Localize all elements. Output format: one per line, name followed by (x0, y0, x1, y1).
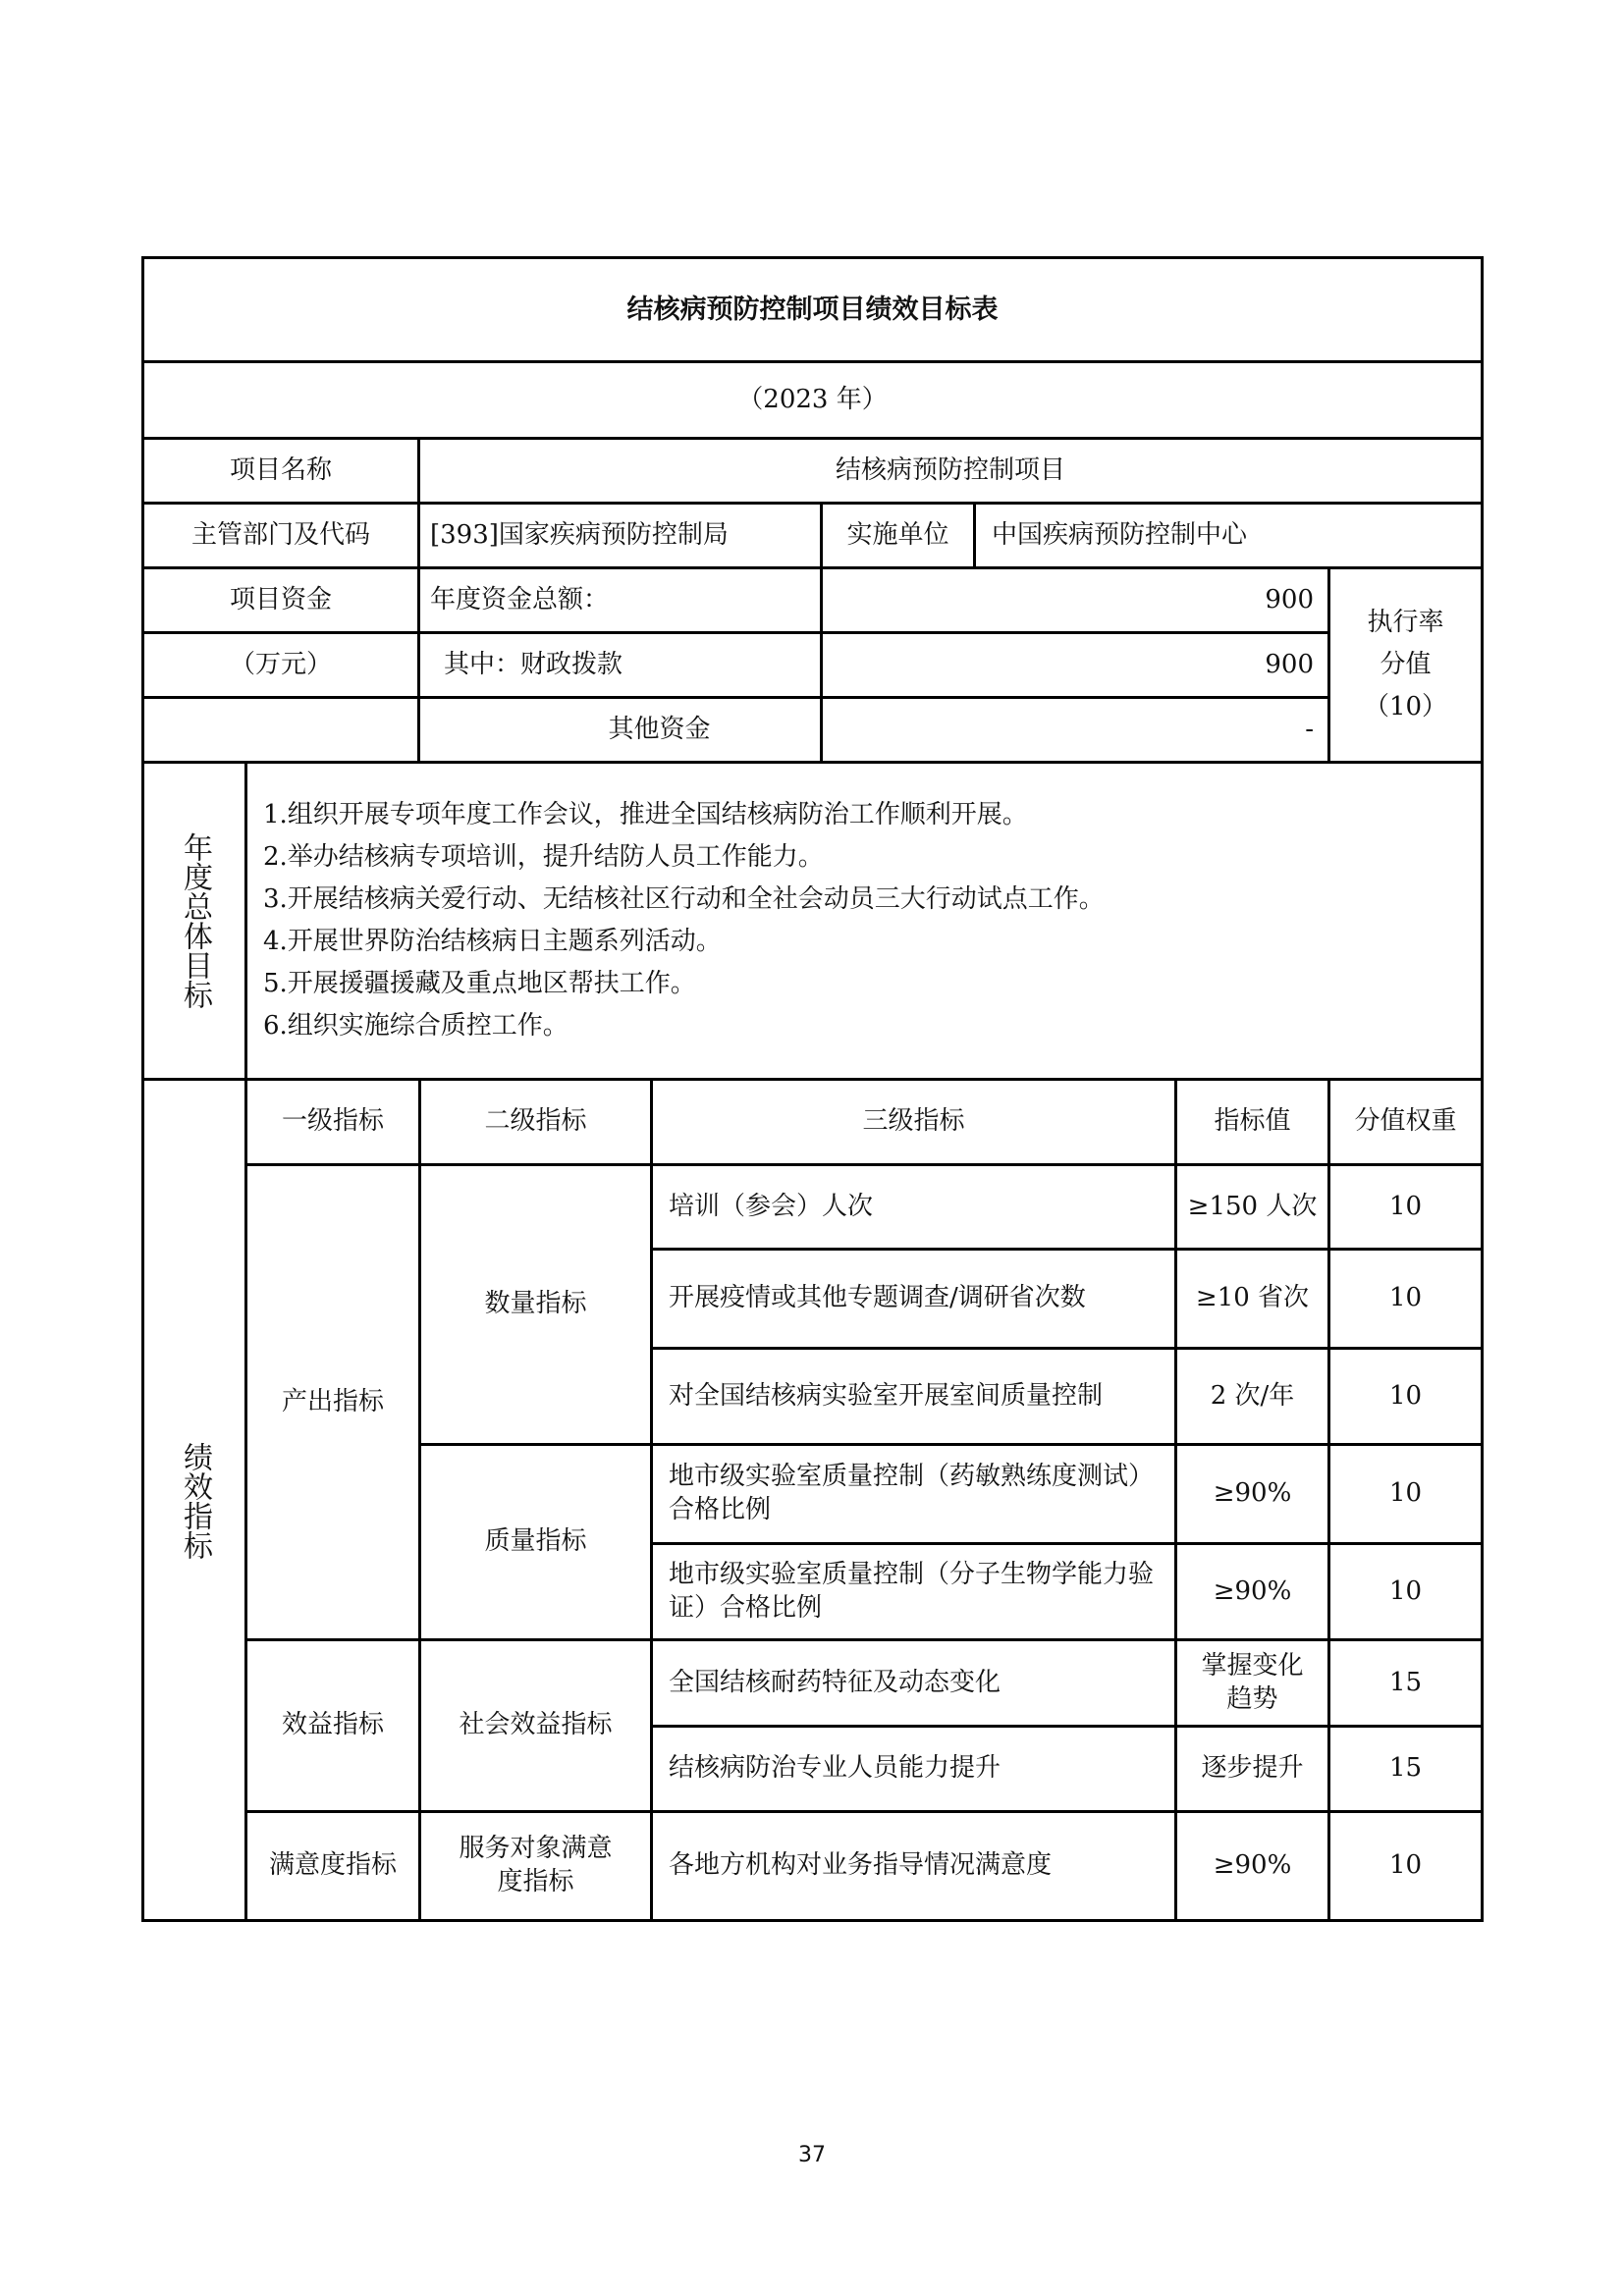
goals-label: 年度总体目标 (144, 764, 244, 1078)
indicator-weight: 10 (1330, 1545, 1481, 1638)
indicator-value: 2 次/年 (1177, 1350, 1327, 1443)
goal-item: 4.开展世界防治结核病日主题系列活动。 (263, 921, 722, 963)
level1-benefit: 效益指标 (247, 1641, 418, 1810)
page-number: 37 (0, 2143, 1624, 2167)
indicator-weight: 15 (1330, 1728, 1481, 1810)
impl-value: 中国疾病预防控制中心 (976, 505, 1481, 566)
header-level2: 二级指标 (421, 1081, 650, 1163)
indicator-value: ≥90% (1177, 1545, 1327, 1638)
annual-total-value: 900 (823, 569, 1327, 631)
header-weight: 分值权重 (1330, 1081, 1481, 1163)
level2-social-benefit: 社会效益指标 (421, 1641, 650, 1810)
indicator-value: ≥150 人次 (1177, 1166, 1327, 1248)
level1-satisfaction: 满意度指标 (247, 1813, 418, 1919)
indicator-weight: 15 (1330, 1641, 1481, 1725)
indicator-value: 逐步提升 (1177, 1728, 1327, 1810)
level1-output: 产出指标 (247, 1166, 418, 1638)
goal-item: 2.举办结核病专项培训，提升结防人员工作能力。 (263, 836, 824, 879)
funds-label: 项目资金 (144, 569, 417, 631)
level3-name: 各地方机构对业务指导情况满意度 (653, 1813, 1174, 1919)
indicator-weight: 10 (1330, 1813, 1481, 1919)
level3-name: 结核病防治专业人员能力提升 (653, 1728, 1174, 1810)
other-funds-label: 其他资金 (420, 699, 820, 761)
header-level1: 一级指标 (247, 1081, 418, 1163)
goal-item: 5.开展援疆援藏及重点地区帮扶工作。 (263, 963, 696, 1005)
year-label: （2023 年） (144, 363, 1481, 437)
dept-value: [393]国家疾病预防控制局 (420, 505, 820, 566)
page-title: 结核病预防控制项目绩效目标表 (144, 259, 1481, 360)
exec-rate-line-3: （10） (1364, 686, 1447, 728)
level3-name: 全国结核耐药特征及动态变化 (653, 1641, 1174, 1725)
level3-name: 开展疫情或其他专题调查/调研省次数 (653, 1251, 1174, 1347)
indicator-value: ≥90% (1177, 1813, 1327, 1919)
indicator-weight: 10 (1330, 1251, 1481, 1347)
indicator-value: ≥90% (1177, 1446, 1327, 1542)
level3-name: 培训（参会）人次 (653, 1166, 1174, 1248)
goals-list: 1.组织开展专项年度工作会议，推进全国结核病防治工作顺利开展。 2.举办结核病专… (247, 764, 1481, 1078)
table-border-right (1481, 256, 1484, 1922)
level2-service-satisfaction: 服务对象满意度指标 (421, 1813, 650, 1919)
annual-total-label: 年度资金总额： (420, 569, 820, 631)
exec-rate-line-1: 执行率 (1367, 602, 1443, 644)
header-level3: 三级指标 (653, 1081, 1174, 1163)
dept-label: 主管部门及代码 (144, 505, 417, 566)
indicator-value: ≥10 省次 (1177, 1251, 1327, 1347)
indicator-value: 掌握变化趋势 (1177, 1641, 1327, 1725)
level3-name: 地市级实验室质量控制（分子生物学能力验证）合格比例 (653, 1545, 1174, 1638)
goal-item: 6.组织实施综合质控工作。 (263, 1005, 568, 1047)
indicator-weight: 10 (1330, 1350, 1481, 1443)
header-value: 指标值 (1177, 1081, 1327, 1163)
project-name-label: 项目名称 (144, 440, 417, 502)
impl-label: 实施单位 (823, 505, 973, 566)
exec-rate-line-2: 分值 (1380, 644, 1431, 686)
goal-item: 3.开展结核病关爱行动、无结核社区行动和全社会动员三大行动试点工作。 (263, 879, 1105, 921)
level3-name: 对全国结核病实验室开展室间质量控制 (653, 1350, 1174, 1443)
goal-item: 1.组织开展专项年度工作会议，推进全国结核病防治工作顺利开展。 (263, 794, 1028, 836)
funds-unit: （万元） (144, 634, 417, 696)
fiscal-label: 其中：财政拨款 (420, 634, 820, 696)
level2-quality: 质量指标 (421, 1446, 650, 1638)
exec-rate-score: 执行率 分值 （10） (1330, 569, 1481, 761)
fiscal-value: 900 (823, 634, 1327, 696)
level3-name: 地市级实验室质量控制（药敏熟练度测试）合格比例 (653, 1446, 1174, 1542)
project-name-value: 结核病预防控制项目 (420, 440, 1481, 502)
indicator-weight: 10 (1330, 1166, 1481, 1248)
level2-quantity: 数量指标 (421, 1166, 650, 1443)
table-border-bottom (142, 1919, 1484, 1922)
indicator-weight: 10 (1330, 1446, 1481, 1542)
indicators-label: 绩效指标 (144, 1081, 244, 1920)
other-funds-value: - (823, 699, 1327, 761)
